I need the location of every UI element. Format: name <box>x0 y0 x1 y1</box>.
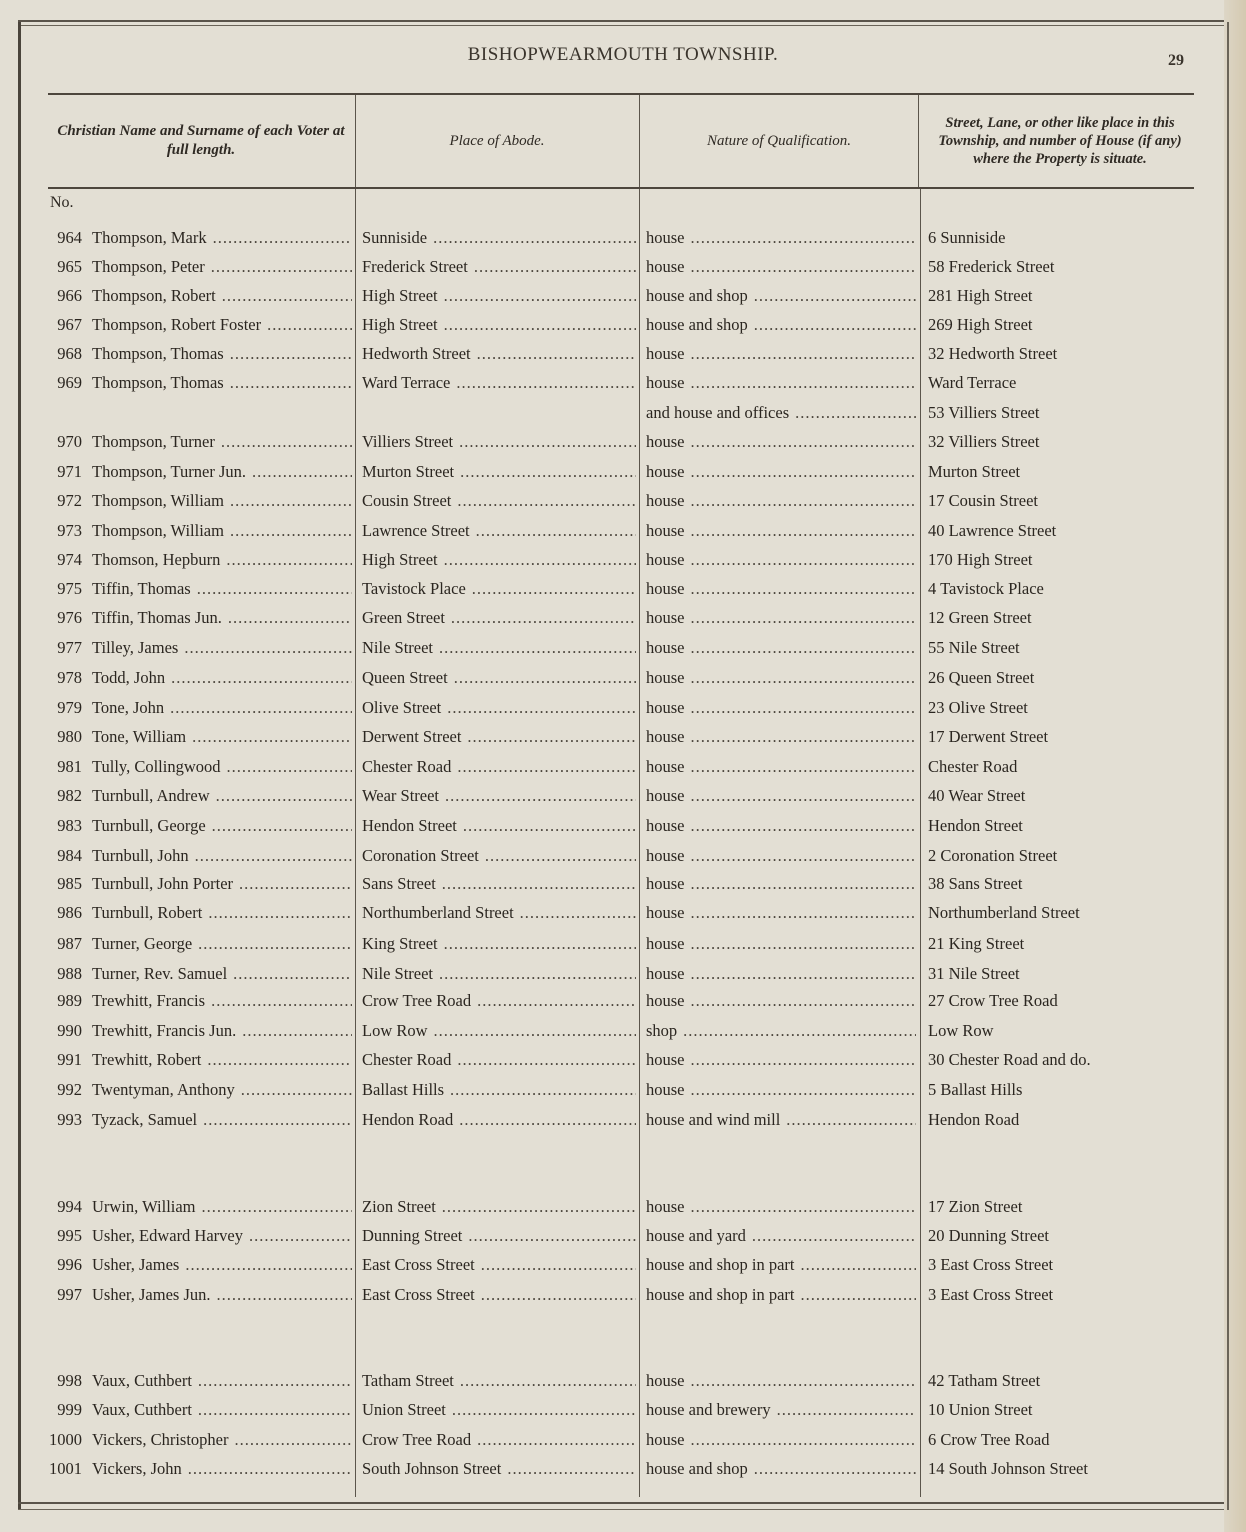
dot-leader <box>459 1105 636 1134</box>
dot-leader <box>474 252 636 281</box>
table-row: 970Thompson, TurnerVilliers Streethouse3… <box>0 427 1246 456</box>
voter-name: Tyzack, Samuel <box>92 1105 352 1134</box>
voter-name: Urwin, William <box>92 1192 352 1221</box>
property-location: 38 Sans Street <box>928 869 1198 898</box>
table-row: 982Turnbull, AndrewWear Streethouse40 We… <box>0 781 1246 810</box>
place-of-abode <box>362 398 636 427</box>
voter-name-text: Turner, George <box>92 929 192 958</box>
nature-of-qualification: house <box>646 811 916 840</box>
voter-number: 992 <box>38 1075 82 1104</box>
dot-leader <box>442 1192 636 1221</box>
voter-name-text: Thompson, William <box>92 516 224 545</box>
voter-number: 998 <box>38 1366 82 1395</box>
dot-leader <box>170 693 352 722</box>
voter-number: 995 <box>38 1221 82 1250</box>
place-of-abode: Green Street <box>362 603 636 632</box>
voter-name-text: Turnbull, John <box>92 841 189 870</box>
dot-leader <box>451 603 636 632</box>
property-location: Ward Terrace <box>928 368 1198 397</box>
nature-of-qualification-text: house <box>646 898 685 927</box>
table-row: 987Turner, GeorgeKing Streethouse21 King… <box>0 929 1246 958</box>
dot-leader <box>476 516 636 545</box>
dot-leader <box>171 663 352 692</box>
voter-name-text: Thompson, Peter <box>92 252 205 281</box>
voter-name: Tully, Collingwood <box>92 752 352 781</box>
nature-of-qualification: house <box>646 223 916 252</box>
voter-name: Thompson, William <box>92 486 352 515</box>
dot-leader <box>691 929 917 958</box>
table-row: 975Tiffin, ThomasTavistock Placehouse4 T… <box>0 574 1246 603</box>
nature-of-qualification-text: house <box>646 869 685 898</box>
place-of-abode-text: Green Street <box>362 603 445 632</box>
dot-leader <box>242 1016 352 1045</box>
voter-number: 964 <box>38 223 82 252</box>
dot-leader <box>208 898 352 927</box>
property-location: Hendon Street <box>928 811 1198 840</box>
voter-name: Thompson, Turner <box>92 427 352 456</box>
dot-leader <box>197 574 352 603</box>
place-of-abode-text: Northumberland Street <box>362 898 514 927</box>
table-row: 972Thompson, WilliamCousin Streethouse17… <box>0 486 1246 515</box>
table-row: 995Usher, Edward HarveyDunning Streethou… <box>0 1221 1246 1250</box>
dot-leader <box>227 752 352 781</box>
property-location: 31 Nile Street <box>928 959 1198 988</box>
place-of-abode-text: High Street <box>362 545 438 574</box>
nature-of-qualification: house <box>646 1425 916 1454</box>
nature-of-qualification-text: house <box>646 368 685 397</box>
voter-name-text: Thompson, Thomas <box>92 339 224 368</box>
nature-of-qualification-text: house and shop in part <box>646 1280 794 1309</box>
dot-leader <box>457 752 636 781</box>
voter-number: 986 <box>38 898 82 927</box>
place-of-abode: High Street <box>362 545 636 574</box>
voter-name: Tone, William <box>92 722 352 751</box>
nature-of-qualification: and house and offices <box>646 398 916 427</box>
table-row: 976Tiffin, Thomas Jun.Green Streethouse1… <box>0 603 1246 632</box>
dot-leader <box>691 1075 917 1104</box>
dot-leader <box>444 281 636 310</box>
dot-leader <box>267 310 352 339</box>
nature-of-qualification-text: house and shop <box>646 281 748 310</box>
dot-leader <box>252 457 352 486</box>
voter-name-text: Turnbull, Andrew <box>92 781 210 810</box>
place-of-abode: Queen Street <box>362 663 636 692</box>
table-row: 964Thompson, MarkSunnisidehouse6 Sunnisi… <box>0 223 1246 252</box>
voter-name-text: Thompson, Robert <box>92 281 216 310</box>
nature-of-qualification: house and shop in part <box>646 1250 916 1279</box>
dot-leader <box>691 1425 917 1454</box>
property-location: 14 South Johnson Street <box>928 1454 1198 1483</box>
nature-of-qualification: house <box>646 663 916 692</box>
nature-of-qualification-text: house <box>646 663 685 692</box>
property-location: 32 Hedworth Street <box>928 339 1198 368</box>
property-location: 40 Wear Street <box>928 781 1198 810</box>
frame-bottom-rule <box>18 1502 1224 1510</box>
property-location: Hendon Road <box>928 1105 1198 1134</box>
nature-of-qualification: house <box>646 959 916 988</box>
property-location: 6 Sunniside <box>928 223 1198 252</box>
dot-leader <box>691 457 917 486</box>
voter-name: Turner, Rev. Samuel <box>92 959 352 988</box>
nature-of-qualification-text: house <box>646 986 685 1015</box>
property-location: 55 Nile Street <box>928 633 1198 662</box>
voter-name-text: Turnbull, George <box>92 811 206 840</box>
nature-of-qualification-text: house <box>646 1366 685 1395</box>
nature-of-qualification: house <box>646 516 916 545</box>
nature-of-qualification: house and shop in part <box>646 1280 916 1309</box>
voter-name: Thompson, Robert <box>92 281 352 310</box>
nature-of-qualification-text: house <box>646 252 685 281</box>
nature-of-qualification: house and brewery <box>646 1395 916 1424</box>
property-location: 32 Villiers Street <box>928 427 1198 456</box>
voter-name: Todd, John <box>92 663 352 692</box>
place-of-abode: Chester Road <box>362 1045 636 1074</box>
dot-leader <box>212 811 352 840</box>
dot-leader <box>691 693 917 722</box>
nature-of-qualification: house <box>646 486 916 515</box>
dot-leader <box>691 869 917 898</box>
place-of-abode-text: Crow Tree Road <box>362 986 471 1015</box>
voter-number: 968 <box>38 339 82 368</box>
place-of-abode: Hedworth Street <box>362 339 636 368</box>
dot-leader <box>203 1105 352 1134</box>
dot-leader <box>457 486 636 515</box>
dot-leader <box>520 898 636 927</box>
place-of-abode-text: Ballast Hills <box>362 1075 444 1104</box>
table-row: 997Usher, James Jun.East Cross Streethou… <box>0 1280 1246 1309</box>
dot-leader <box>211 986 352 1015</box>
nature-of-qualification: shop <box>646 1016 916 1045</box>
dot-leader <box>477 1425 636 1454</box>
table-row: 977Tilley, JamesNile Streethouse55 Nile … <box>0 633 1246 662</box>
voter-name-text: Twentyman, Anthony <box>92 1075 235 1104</box>
property-location: 281 High Street <box>928 281 1198 310</box>
nature-of-qualification-text: shop <box>646 1016 677 1045</box>
dot-leader <box>185 1250 352 1279</box>
dot-leader <box>439 633 636 662</box>
number-column-label: No. <box>50 194 74 212</box>
dot-leader <box>691 574 917 603</box>
dot-leader <box>184 633 352 662</box>
property-location: 58 Frederick Street <box>928 252 1198 281</box>
place-of-abode-text: South Johnson Street <box>362 1454 501 1483</box>
dot-leader <box>786 1105 916 1134</box>
dot-leader <box>450 1075 636 1104</box>
place-of-abode-text: Lawrence Street <box>362 516 470 545</box>
nature-of-qualification-text: house and shop <box>646 1454 748 1483</box>
table-row: 985Turnbull, John PorterSans Streethouse… <box>0 869 1246 898</box>
dot-leader <box>230 368 352 397</box>
nature-of-qualification: house and shop <box>646 310 916 339</box>
voter-number: 973 <box>38 516 82 545</box>
voter-number: 969 <box>38 368 82 397</box>
dot-leader <box>481 1280 636 1309</box>
place-of-abode-text: East Cross Street <box>362 1250 475 1279</box>
property-location: 17 Derwent Street <box>928 722 1198 751</box>
dot-leader <box>433 223 636 252</box>
nature-of-qualification: house <box>646 368 916 397</box>
dot-leader <box>683 1016 916 1045</box>
place-of-abode: Nile Street <box>362 959 636 988</box>
nature-of-qualification: house <box>646 1045 916 1074</box>
voter-number: 977 <box>38 633 82 662</box>
table-row: and house and offices53 Villiers Street <box>0 398 1246 427</box>
nature-of-qualification: house <box>646 252 916 281</box>
voter-name-text: Thompson, William <box>92 486 224 515</box>
place-of-abode: Coronation Street <box>362 841 636 870</box>
voter-name-text: Thompson, Thomas <box>92 368 224 397</box>
nature-of-qualification: house <box>646 1366 916 1395</box>
dot-leader <box>691 368 917 397</box>
nature-of-qualification: house <box>646 841 916 870</box>
dot-leader <box>507 1454 636 1483</box>
property-location: 40 Lawrence Street <box>928 516 1198 545</box>
dot-leader <box>691 986 917 1015</box>
voter-name-text: Turnbull, Robert <box>92 898 202 927</box>
nature-of-qualification: house and yard <box>646 1221 916 1250</box>
voter-name: Turnbull, George <box>92 811 352 840</box>
place-of-abode: Cousin Street <box>362 486 636 515</box>
table-row: 966Thompson, RobertHigh Streethouse and … <box>0 281 1246 310</box>
property-location: 30 Chester Road and do. <box>928 1045 1198 1074</box>
nature-of-qualification: house <box>646 574 916 603</box>
voter-name: Tiffin, Thomas <box>92 574 352 603</box>
table-row: 992Twentyman, AnthonyBallast Hillshouse5… <box>0 1075 1246 1104</box>
voter-number: 965 <box>38 252 82 281</box>
table-row: 1001Vickers, JohnSouth Johnson Streethou… <box>0 1454 1246 1483</box>
place-of-abode-text: Ward Terrace <box>362 368 450 397</box>
table-row: 991Trewhitt, RobertChester Roadhouse30 C… <box>0 1045 1246 1074</box>
dot-leader <box>233 959 352 988</box>
voter-number: 979 <box>38 693 82 722</box>
dot-leader <box>217 1280 353 1309</box>
voter-name: Vickers, Christopher <box>92 1425 352 1454</box>
dot-leader <box>800 1280 916 1309</box>
voter-name: Thompson, Thomas <box>92 339 352 368</box>
dot-leader <box>777 1395 916 1424</box>
dot-leader <box>442 869 636 898</box>
voter-name: Turner, George <box>92 929 352 958</box>
voter-number: 981 <box>38 752 82 781</box>
dot-leader <box>481 1250 636 1279</box>
voter-name-text: Todd, John <box>92 663 165 692</box>
place-of-abode-text: Murton Street <box>362 457 454 486</box>
table-row: 981Tully, CollingwoodChester RoadhouseCh… <box>0 752 1246 781</box>
voter-name-text: Tone, John <box>92 693 164 722</box>
nature-of-qualification-text: house <box>646 752 685 781</box>
voter-number: 997 <box>38 1280 82 1309</box>
place-of-abode: Crow Tree Road <box>362 1425 636 1454</box>
place-of-abode: Hendon Road <box>362 1105 636 1134</box>
property-location: 6 Crow Tree Road <box>928 1425 1198 1454</box>
place-of-abode: High Street <box>362 310 636 339</box>
nature-of-qualification-text: house <box>646 1192 685 1221</box>
voter-name-text: Tilley, James <box>92 633 178 662</box>
nature-of-qualification: house <box>646 633 916 662</box>
dot-leader <box>691 1192 917 1221</box>
nature-of-qualification-text: house <box>646 929 685 958</box>
place-of-abode-text: Low Row <box>362 1016 428 1045</box>
table-row: 973Thompson, WilliamLawrence Streethouse… <box>0 516 1246 545</box>
nature-of-qualification-text: house <box>646 1425 685 1454</box>
voter-name: Tiffin, Thomas Jun. <box>92 603 352 632</box>
dot-leader <box>230 339 352 368</box>
dot-leader <box>752 1221 916 1250</box>
header-bottom-rule <box>48 187 1194 189</box>
voter-name-text: Trewhitt, Francis Jun. <box>92 1016 236 1045</box>
nature-of-qualification-text: house and yard <box>646 1221 746 1250</box>
place-of-abode-text: Crow Tree Road <box>362 1425 471 1454</box>
dot-leader <box>691 663 917 692</box>
nature-of-qualification-text: house <box>646 1075 685 1104</box>
property-location: 12 Green Street <box>928 603 1198 632</box>
voter-number: 1001 <box>38 1454 82 1483</box>
nature-of-qualification-text: house <box>646 693 685 722</box>
voter-number: 989 <box>38 986 82 1015</box>
nature-of-qualification: house and wind mill <box>646 1105 916 1134</box>
table-row: 971Thompson, Turner Jun.Murton Streethou… <box>0 457 1246 486</box>
voter-number: 984 <box>38 841 82 870</box>
table-row: 967Thompson, Robert FosterHigh Streethou… <box>0 310 1246 339</box>
place-of-abode: Ward Terrace <box>362 368 636 397</box>
voter-number: 982 <box>38 781 82 810</box>
dot-leader <box>691 752 917 781</box>
voter-name: Thompson, William <box>92 516 352 545</box>
nature-of-qualification-text: house <box>646 457 685 486</box>
voter-number: 971 <box>38 457 82 486</box>
place-of-abode-text: Tavistock Place <box>362 574 466 603</box>
place-of-abode-text: High Street <box>362 281 438 310</box>
property-location: 170 High Street <box>928 545 1198 574</box>
nature-of-qualification: house and shop <box>646 281 916 310</box>
table-row: 980Tone, WilliamDerwent Streethouse17 De… <box>0 722 1246 751</box>
nature-of-qualification-text: house <box>646 223 685 252</box>
property-location: 17 Cousin Street <box>928 486 1198 515</box>
place-of-abode: Wear Street <box>362 781 636 810</box>
nature-of-qualification: house <box>646 457 916 486</box>
place-of-abode-text: Sans Street <box>362 869 436 898</box>
voter-name-text: Vickers, John <box>92 1454 182 1483</box>
property-location: 23 Olive Street <box>928 693 1198 722</box>
dot-leader <box>188 1454 352 1483</box>
dot-leader <box>754 281 916 310</box>
dot-leader <box>691 516 917 545</box>
place-of-abode-text: Coronation Street <box>362 841 479 870</box>
table-row: 993Tyzack, SamuelHendon Roadhouse and wi… <box>0 1105 1246 1134</box>
voter-name: Thompson, Turner Jun. <box>92 457 352 486</box>
place-of-abode: South Johnson Street <box>362 1454 636 1483</box>
voter-number: 999 <box>38 1395 82 1424</box>
voter-name: Turnbull, Andrew <box>92 781 352 810</box>
voter-number: 970 <box>38 427 82 456</box>
table-row: 978Todd, JohnQueen Streethouse26 Queen S… <box>0 663 1246 692</box>
voter-name: Tone, John <box>92 693 352 722</box>
dot-leader <box>691 486 917 515</box>
nature-of-qualification-text: house and shop in part <box>646 1250 794 1279</box>
voter-number: 966 <box>38 281 82 310</box>
voter-name-text: Vickers, Christopher <box>92 1425 228 1454</box>
dot-leader <box>477 986 636 1015</box>
dot-leader <box>434 1016 636 1045</box>
property-location: 42 Tatham Street <box>928 1366 1198 1395</box>
property-location: 3 East Cross Street <box>928 1280 1198 1309</box>
voter-number: 991 <box>38 1045 82 1074</box>
voter-name-text: Tully, Collingwood <box>92 752 221 781</box>
dot-leader <box>222 281 352 310</box>
dot-leader <box>795 398 916 427</box>
dot-leader <box>239 869 352 898</box>
nature-of-qualification-text: house <box>646 574 685 603</box>
voter-name-text: Thompson, Robert Foster <box>92 310 261 339</box>
nature-of-qualification-text: and house and offices <box>646 398 789 427</box>
column-divider <box>918 95 919 187</box>
place-of-abode: Lawrence Street <box>362 516 636 545</box>
place-of-abode: Tatham Street <box>362 1366 636 1395</box>
property-location: Murton Street <box>928 457 1198 486</box>
voter-number <box>38 398 82 427</box>
voter-number: 996 <box>38 1250 82 1279</box>
nature-of-qualification-text: house and brewery <box>646 1395 771 1424</box>
dot-leader <box>691 545 917 574</box>
voter-name-text: Thompson, Mark <box>92 223 207 252</box>
property-location: 21 King Street <box>928 929 1198 958</box>
dot-leader <box>249 1221 352 1250</box>
voter-name-text: Thompson, Turner <box>92 427 215 456</box>
dot-leader <box>439 959 636 988</box>
nature-of-qualification: house <box>646 752 916 781</box>
column-header-abode: Place of Abode. <box>356 96 638 186</box>
dot-leader <box>234 1425 352 1454</box>
dot-leader <box>198 1395 352 1424</box>
voter-number: 972 <box>38 486 82 515</box>
voter-name: Vaux, Cuthbert <box>92 1366 352 1395</box>
nature-of-qualification-text: house <box>646 545 685 574</box>
dot-leader <box>230 516 352 545</box>
page-number: 29 <box>1168 52 1184 70</box>
table-row: 969Thompson, ThomasWard TerracehouseWard… <box>0 368 1246 397</box>
place-of-abode: Tavistock Place <box>362 574 636 603</box>
nature-of-qualification-text: house <box>646 516 685 545</box>
dot-leader <box>691 223 917 252</box>
place-of-abode: Ballast Hills <box>362 1075 636 1104</box>
nature-of-qualification-text: house <box>646 603 685 632</box>
dot-leader <box>485 841 636 870</box>
place-of-abode-text: Dunning Street <box>362 1221 462 1250</box>
voter-name: Thompson, Mark <box>92 223 352 252</box>
place-of-abode: Murton Street <box>362 457 636 486</box>
place-of-abode-text: Hedworth Street <box>362 339 471 368</box>
table-row: 974Thomson, HepburnHigh Streethouse170 H… <box>0 545 1246 574</box>
property-location: 27 Crow Tree Road <box>928 986 1198 1015</box>
place-of-abode: Sans Street <box>362 869 636 898</box>
place-of-abode-text: Villiers Street <box>362 427 453 456</box>
header-top-rule <box>48 93 1194 95</box>
voter-name-text: Thompson, Turner Jun. <box>92 457 246 486</box>
voter-name: Vickers, John <box>92 1454 352 1483</box>
voter-name: Trewhitt, Francis Jun. <box>92 1016 352 1045</box>
voter-number: 978 <box>38 663 82 692</box>
dot-leader <box>445 781 636 810</box>
dot-leader <box>691 781 917 810</box>
nature-of-qualification: house <box>646 722 916 751</box>
voter-name-text: Tiffin, Thomas <box>92 574 191 603</box>
dot-leader <box>459 427 636 456</box>
nature-of-qualification-text: house <box>646 722 685 751</box>
voter-name: Usher, James Jun. <box>92 1280 352 1309</box>
nature-of-qualification-text: house <box>646 781 685 810</box>
voter-name: Usher, James <box>92 1250 352 1279</box>
nature-of-qualification-text: house <box>646 339 685 368</box>
